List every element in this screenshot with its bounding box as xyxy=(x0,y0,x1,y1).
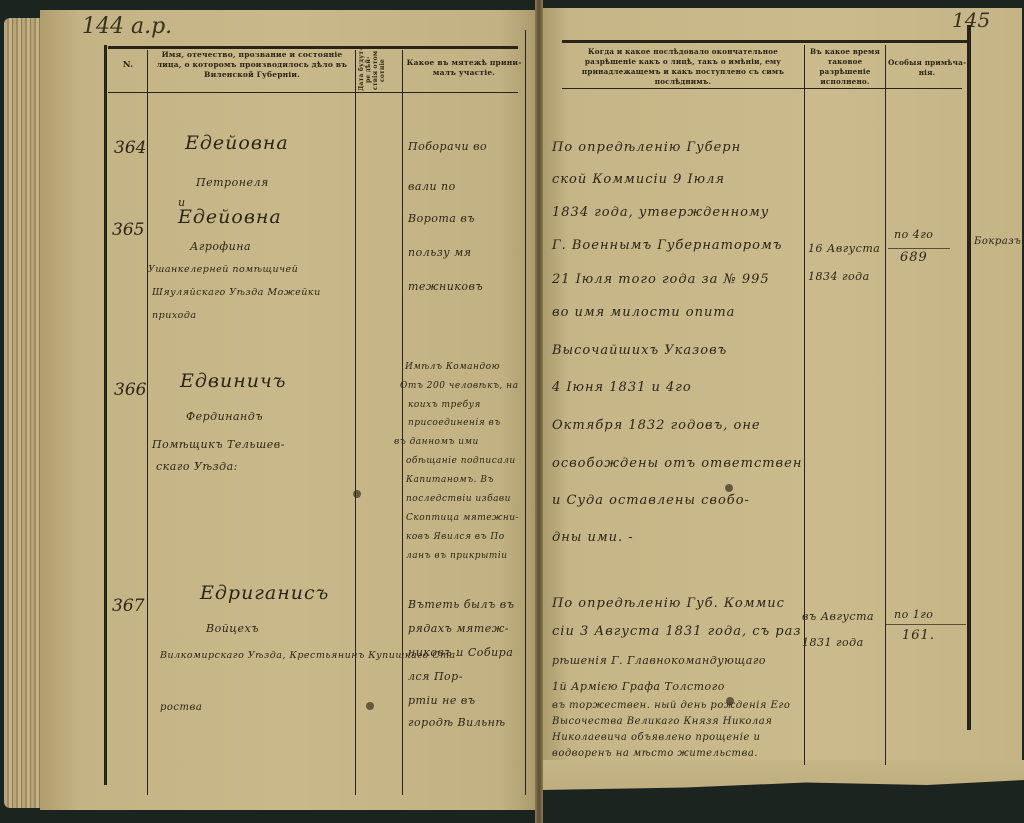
right-header-top-rule xyxy=(562,40,967,43)
header-number: N. xyxy=(110,60,146,71)
header-name: Имя, отечество, прозвание и состояніе ли… xyxy=(150,50,354,80)
left-inner-rule xyxy=(525,30,526,795)
col-divider-name xyxy=(355,50,356,795)
participation-line: Имѣлъ Командою xyxy=(405,362,500,372)
participation-line: коихъ требуя xyxy=(408,400,481,410)
paper-stain xyxy=(353,490,361,498)
resolution-line: сіи 3 Августа 1831 года, съ раз xyxy=(552,624,801,639)
entry-description: роства xyxy=(160,702,202,713)
left-page-number: 144 а.р. xyxy=(82,14,172,39)
participation-line: ланъ въ прикрытіи xyxy=(406,551,508,561)
resolution-line: 21 Іюля того года за № 995 xyxy=(552,272,770,287)
resolution-line: водворенъ на мѣсто жительства. xyxy=(552,748,758,759)
participation-line: обѣщаніе подписали xyxy=(406,456,516,466)
entry-given-name: Войцехъ xyxy=(206,622,259,635)
participation-line: лся Пор- xyxy=(408,670,463,683)
resolution-line: 1й Армією Графа Толстого xyxy=(552,680,725,693)
entry-given-name: Фердинандъ xyxy=(186,410,263,423)
entry-name: Едриганисъ xyxy=(200,582,329,604)
executed-ref: по 4го xyxy=(894,228,933,241)
resolution-line: Г. Военнымъ Губернаторомъ xyxy=(552,238,782,253)
participation-line: рядахъ мятеж- xyxy=(408,622,509,635)
col-divider-resolution xyxy=(804,45,805,765)
resolution-line: рѣшенія Г. Главнокомандующаго xyxy=(552,654,766,667)
participation-line: Вътеть былъ въ xyxy=(408,598,515,611)
resolution-line: дны ими. - xyxy=(552,530,634,545)
paper-stain xyxy=(726,697,734,705)
participation-line: присоединенія въ xyxy=(408,418,501,428)
participation-line: Поборачи во xyxy=(408,140,487,153)
entry-number: 364 xyxy=(114,138,146,158)
col-divider-narrow xyxy=(402,50,403,795)
header-notes: Особыя примѣча­нія. xyxy=(888,58,966,78)
entry-description: Шяуляйскаго Уѣзда Можейки xyxy=(152,287,321,298)
executed-year: 1834 года xyxy=(808,270,870,283)
entry-name: Едейовна xyxy=(178,206,282,228)
header-resolution: Когда и какое послѣдовало окончательное … xyxy=(563,47,803,87)
entry-description: Ушанкелерней помѣщичей xyxy=(148,264,298,275)
participation-line: последствіи избави xyxy=(406,494,511,504)
resolution-line: и Суда оставлены свобо- xyxy=(552,493,750,508)
participation-line: ковъ Явился въ По xyxy=(406,532,505,542)
participation-line: Скоптица мятежни- xyxy=(406,513,519,523)
resolution-line: во имя милости опита xyxy=(552,305,735,320)
entry-description: скаго Уѣзда: xyxy=(156,460,238,473)
resolution-line: въ торжествен. ный день рожденія Его xyxy=(552,700,790,711)
resolution-line: ской Коммисіи 9 Іюля xyxy=(552,172,725,187)
resolution-line: По опредѣленію Губ. Коммис xyxy=(552,596,785,611)
entry-number: 365 xyxy=(112,220,144,240)
participation-line: Ворота въ xyxy=(408,212,475,225)
resolution-line: 1834 года, утвержденному xyxy=(552,205,769,220)
header-executed: Въ какое время таковое разрѣше­ніе испол… xyxy=(806,47,884,87)
participation-line: пользу мя xyxy=(408,246,471,259)
right-header-bottom-rule xyxy=(562,88,962,89)
left-outer-rule xyxy=(104,45,107,785)
participation-line: Капитаномъ. Въ xyxy=(406,475,494,485)
resolution-line: Николаевича объявлено прощеніе и xyxy=(552,732,760,743)
header-narrow: Дата буд­ут­ре дѣй­ствія­ о­том сот­ніе xyxy=(358,48,400,92)
participation-line: въ данномъ ими xyxy=(394,437,479,447)
col-divider-number xyxy=(147,50,148,795)
book-spread: 144 а.р. 145 N. Имя, отечество, прозвани… xyxy=(0,0,1024,823)
left-header-top-rule xyxy=(108,46,518,49)
entry-name: Едвиничъ xyxy=(180,370,286,392)
resolution-line: Высочества Великаго Князя Николая xyxy=(552,716,772,727)
entry-description: Помѣщикъ Тельшев- xyxy=(152,438,285,451)
resolution-line: По опредѣленію Губерн xyxy=(552,140,741,155)
right-outer-rule xyxy=(967,25,971,730)
entry-given-name: Петронеля xyxy=(196,176,269,189)
header-participation: Какое въ мятежѣ прини­малъ участіе. xyxy=(405,58,523,78)
margin-note: Бокразъ 3 xyxy=(974,236,1024,247)
executed-ref: по 1го xyxy=(894,608,933,621)
executed-year: 1831 года xyxy=(802,636,864,649)
entry-number: 367 xyxy=(112,596,144,616)
entry-name: Едейовна xyxy=(185,132,289,154)
entry-number: 366 xyxy=(114,380,146,400)
executed-ref-number: 161. xyxy=(902,628,935,643)
resolution-line: Высочайшихъ Указовъ xyxy=(552,343,727,358)
right-page-torn-edge xyxy=(540,760,1024,810)
ref-divider xyxy=(888,248,950,249)
executed-date: 16 Августа xyxy=(808,242,880,255)
participation-line: городѣ Вильнѣ xyxy=(408,716,506,729)
left-header-bottom-rule xyxy=(108,92,518,93)
ref-divider xyxy=(886,624,966,625)
paper-stain xyxy=(725,484,733,492)
resolution-line: освобождены отъ ответствен xyxy=(552,456,802,471)
participation-line: Отъ 200 человѣкъ, на xyxy=(400,381,518,391)
right-page-number: 145 xyxy=(952,8,990,32)
book-spine xyxy=(535,0,543,823)
executed-date: въ Августа xyxy=(802,610,874,623)
paper-stain xyxy=(366,702,374,710)
resolution-line: Октября 1832 годовъ, оне xyxy=(552,418,761,433)
participation-line: ртіи не въ xyxy=(408,694,476,707)
executed-ref-number: 689 xyxy=(900,250,928,265)
participation-line: никовъ и Собира xyxy=(408,646,513,659)
left-page xyxy=(40,10,540,810)
participation-line: вали по xyxy=(408,180,456,193)
col-divider-executed xyxy=(885,45,886,765)
entry-given-name: Агрофина xyxy=(190,240,251,253)
resolution-line: 4 Іюня 1831 и 4го xyxy=(552,380,692,395)
entry-description: прихода xyxy=(152,310,197,321)
participation-line: тежниковъ xyxy=(408,280,483,293)
